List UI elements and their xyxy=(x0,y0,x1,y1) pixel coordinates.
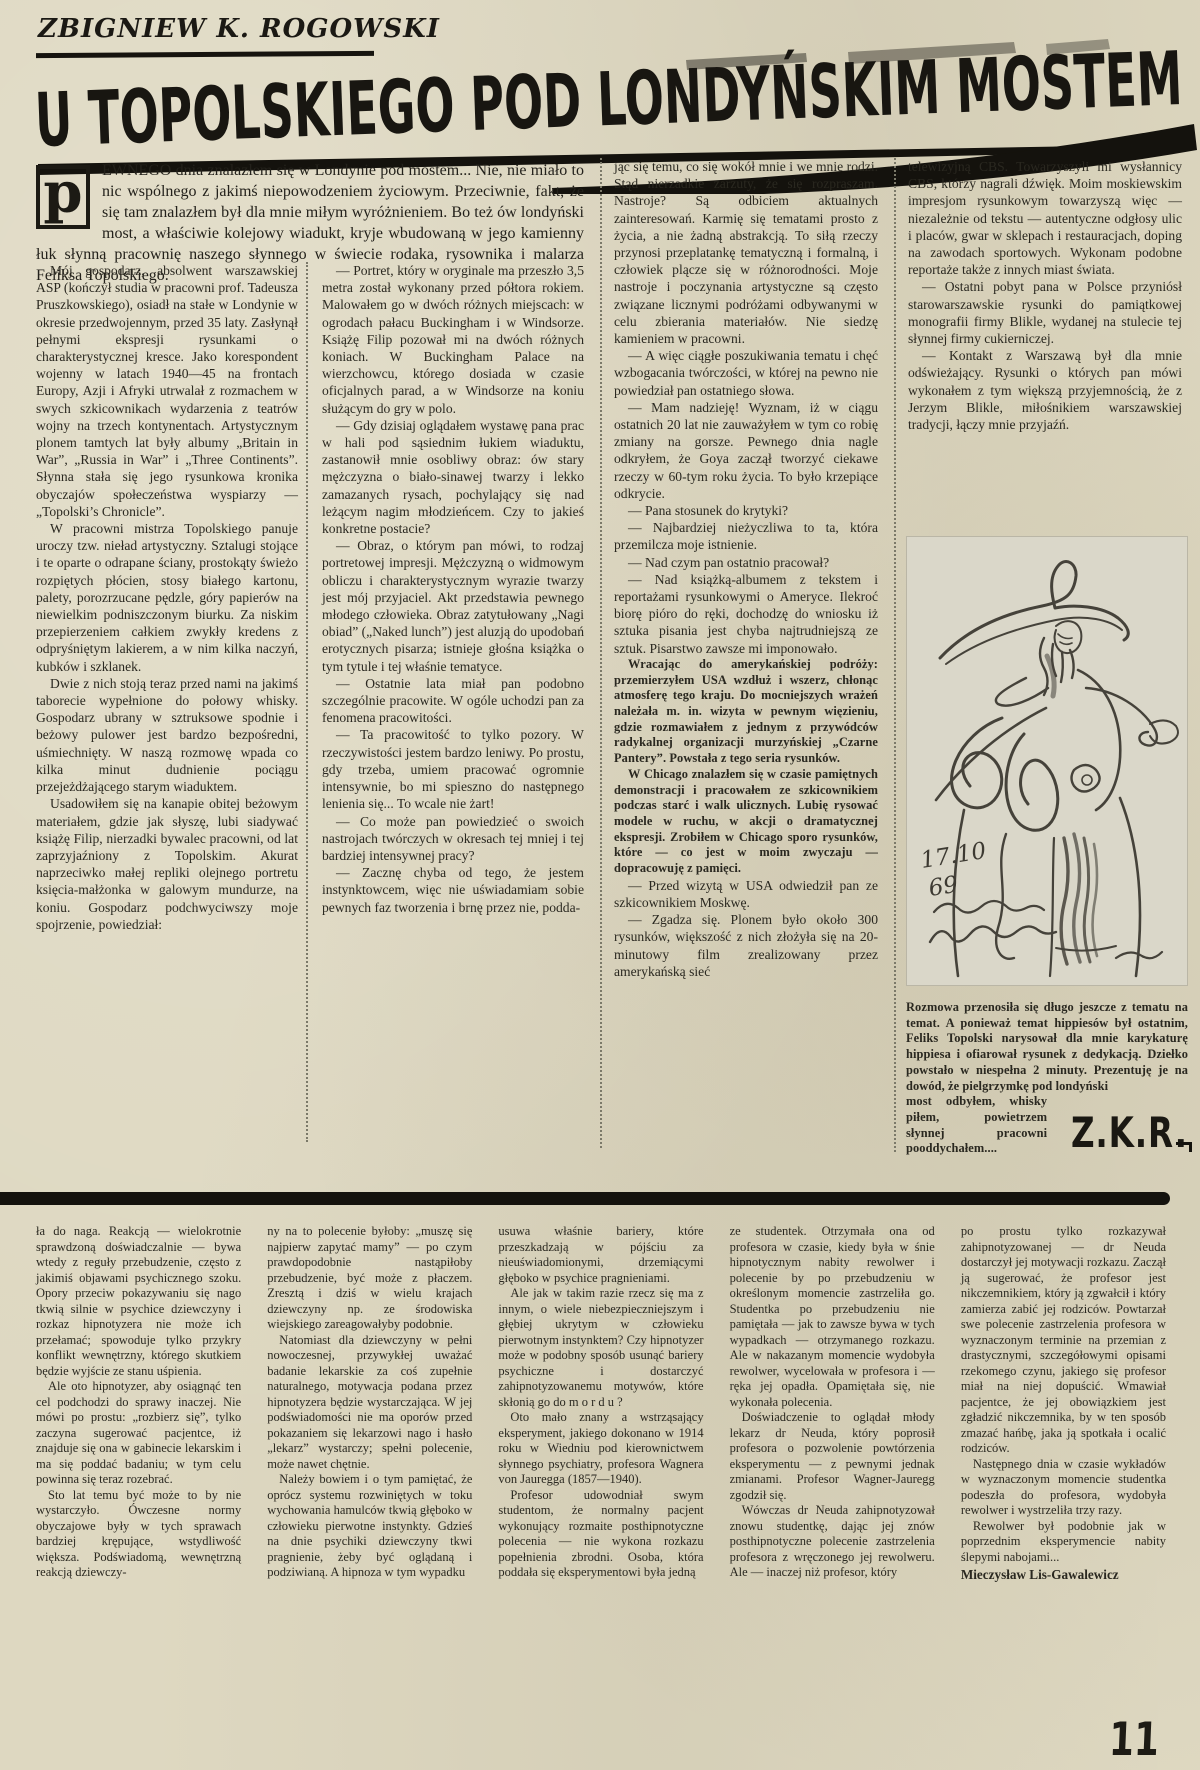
paragraph: Wówczas dr Neuda zahipnotyzował znowu st… xyxy=(730,1503,935,1581)
paragraph: — Pana stosunek do krytyki? xyxy=(614,502,878,519)
caption-text: Rozmowa przenosiła się długo jeszcze z t… xyxy=(906,1000,1188,1094)
page-number: 11 xyxy=(1108,1712,1160,1766)
paragraph: W Chicago znalazłem się w czasie pamiętn… xyxy=(614,767,878,877)
paragraph: telewizyjną CBS. Towarzyszyli mi wysłann… xyxy=(908,158,1182,278)
newspaper-page: ZBIGNIEW K. ROGOWSKI U TOPOLSKIEGO POD L… xyxy=(0,0,1200,1770)
interview-column-2: — Portret, który w oryginale ma przeszło… xyxy=(322,262,584,916)
paragraph: — Nad książką-albumem z tekstem i report… xyxy=(614,571,878,657)
column-divider xyxy=(306,262,308,1142)
paragraph: — Co może pan powiedzieć o swoich nastro… xyxy=(322,813,584,865)
paragraph: — Gdy dzisiaj oglądałem wystawę pana pra… xyxy=(322,417,584,537)
paragraph: — Ostatnie lata miał pan podobno szczegó… xyxy=(322,675,584,727)
column-divider xyxy=(894,158,896,1152)
column-divider xyxy=(600,158,602,1148)
section-divider-bar xyxy=(0,1192,1170,1205)
paragraph: — Ta pracowitość to tylko pozory. W rzec… xyxy=(322,726,584,812)
sketch-date-year: 69 xyxy=(927,872,960,902)
feature-column-1: ła do naga. Reakcją — wielokrotnie spraw… xyxy=(36,1224,241,1583)
paragraph: Należy bowiem i o tym pamiętać, że opróc… xyxy=(267,1472,472,1581)
paragraph: — Obraz, o którym pan mówi, to rodzaj po… xyxy=(322,537,584,675)
feature-column-2: ny na to polecenie byłoby: „muszę się na… xyxy=(267,1224,472,1583)
paragraph: ła do naga. Reakcją — wielokrotnie spraw… xyxy=(36,1224,241,1379)
sketch-face xyxy=(1040,621,1081,696)
paragraph: — A więc ciągłe poszukiwania tematu i ch… xyxy=(614,347,878,399)
paragraph: ze studentek. Otrzymała ona od profesora… xyxy=(730,1224,935,1410)
paragraph: Doświadczenie to oglądał młody lekarz dr… xyxy=(730,1410,935,1503)
interview-column-3: jąc się temu, co się wokół mnie i we mni… xyxy=(614,158,878,980)
sketch-date-day: 17.10 xyxy=(919,838,988,874)
author-initials: Z.K.R. xyxy=(1071,1109,1188,1157)
sketch-signature-scrawl xyxy=(930,926,1056,942)
paragraph: Wracając do amerykańskiej podróży: przem… xyxy=(614,657,878,767)
feature-byline: Mieczysław Lis-Gawalewicz xyxy=(961,1567,1166,1583)
paragraph: Mój gospodarz, absolwent warszawskiej AS… xyxy=(36,262,298,520)
sketch-drawing: 17.10 69 xyxy=(906,536,1188,986)
interview-column-1: Mój gospodarz, absolwent warszawskiej AS… xyxy=(36,262,298,933)
paragraph: — Zgadza się. Plonem było około 300 rysu… xyxy=(614,911,878,980)
layout-corner-mark xyxy=(1176,1142,1192,1152)
paragraph: ny na to polecenie byłoby: „muszę się na… xyxy=(267,1224,472,1333)
feature-column-4: ze studentek. Otrzymała ona od profesora… xyxy=(730,1224,935,1583)
paragraph: Oto mało znany a wstrząsający eksperymen… xyxy=(498,1410,703,1488)
sketch-hat xyxy=(940,561,1128,664)
interview-column-4: telewizyjną CBS. Towarzyszyli mi wysłann… xyxy=(908,158,1182,433)
paragraph: jąc się temu, co się wokół mnie i we mni… xyxy=(614,158,878,347)
paragraph: — Przed wizytą w USA odwiedził pan ze sz… xyxy=(614,877,878,911)
drop-cap: p xyxy=(36,165,90,229)
feature-article: ła do naga. Reakcją — wielokrotnie spraw… xyxy=(36,1224,1166,1583)
sketch-dedication-scrawl xyxy=(934,901,1044,913)
paragraph: Dwie z nich stoją teraz przed nami na ja… xyxy=(36,675,298,795)
paragraph: Natomiast dla dziewczyny w pełni nowocze… xyxy=(267,1333,472,1473)
paragraph: po prostu tylko rozkazywał zahipnotyzowa… xyxy=(961,1224,1166,1457)
paragraph: Ale oto hipnotyzer, aby osiągnąć ten cel… xyxy=(36,1379,241,1488)
caption-text-side: most odbyłem, whisky piłem, powietrzem s… xyxy=(906,1094,1047,1157)
paragraph: Profesor udowodniał swym studentom, że n… xyxy=(498,1488,703,1581)
paragraph: — Mam nadzieję! Wyznam, iż w ciągu ostat… xyxy=(614,399,878,502)
paragraph: Sto lat temu być może to by nie wystarcz… xyxy=(36,1488,241,1581)
paragraph: — Portret, który w oryginale ma przeszło… xyxy=(322,262,584,417)
hippie-caricature-sketch: 17.10 69 xyxy=(906,536,1188,986)
feature-column-3: usuwa właśnie bariery, które przeszkadza… xyxy=(498,1224,703,1583)
paragraph: Następnego dnia w czasie wykładów w wyzn… xyxy=(961,1457,1166,1519)
paragraph: — Najbardziej nieżyczliwa to ta, która p… xyxy=(614,519,878,553)
feature-column-5: po prostu tylko rozkazywał zahipnotyzowa… xyxy=(961,1224,1166,1583)
article-title: U TOPOLSKIEGO POD LONDYŃSKIM MOSTEM xyxy=(33,34,1183,164)
paragraph: usuwa właśnie bariery, które przeszkadza… xyxy=(498,1224,703,1286)
paragraph: — Kontakt z Warszawą był dla mnie odświe… xyxy=(908,347,1182,433)
paragraph: Usadowiłem się na kanapie obitej beżowym… xyxy=(36,795,298,933)
paragraph: — Zacznę chyba od tego, że jestem instyn… xyxy=(322,864,584,916)
paragraph: — Nad czym pan ostatnio pracował? xyxy=(614,554,878,571)
sketch-caption: Rozmowa przenosiła się długo jeszcze z t… xyxy=(906,1000,1188,1157)
paragraph: Rewolwer był podobnie jak w poprzednim e… xyxy=(961,1519,1166,1566)
paragraph: — Ostatni pobyt pana w Polsce przyniósł … xyxy=(908,278,1182,347)
paragraph: Ale jak w takim razie rzecz się ma z inn… xyxy=(498,1286,703,1410)
paragraph: W pracowni mistrza Topolskiego panuje ur… xyxy=(36,520,298,675)
